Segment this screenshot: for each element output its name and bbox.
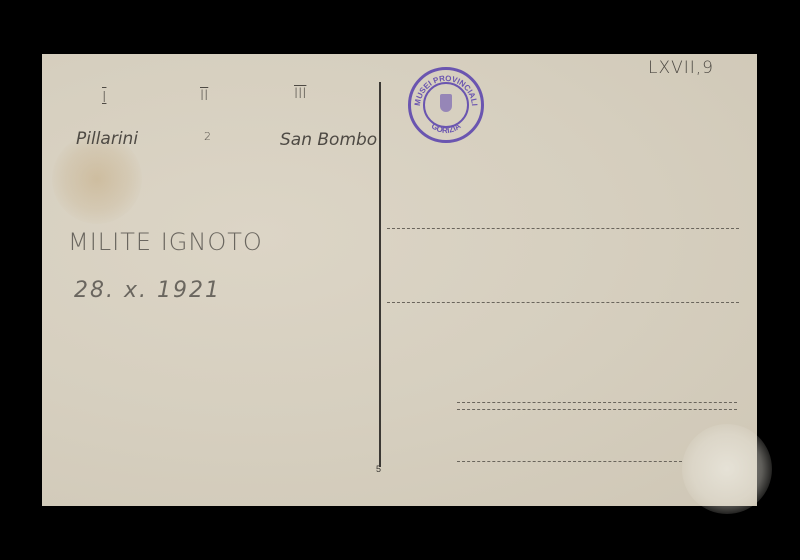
column-numeral-3: III	[294, 86, 306, 102]
column-name-2: 2	[204, 130, 211, 143]
address-line-2	[387, 302, 739, 303]
crest-icon	[440, 94, 452, 112]
address-line-1	[387, 228, 739, 229]
postcard-back: LXVII,9 I II III Pillarini 2 San Bombo M…	[42, 54, 757, 506]
address-line-4	[457, 461, 682, 462]
address-line-3a	[457, 402, 737, 403]
divider-mark: 5	[376, 464, 381, 474]
light-stain	[682, 424, 772, 514]
stamp-inner-ring	[423, 82, 469, 128]
column-numeral-1: I	[102, 88, 106, 106]
column-name-3: San Bombo	[280, 130, 377, 150]
column-name-1: Pillarini	[76, 129, 138, 149]
museum-stamp: MUSEI PROVINCIALI GORIZIA	[408, 67, 484, 143]
center-divider	[379, 82, 381, 467]
column-numeral-2: II	[200, 88, 208, 104]
address-line-3b	[457, 409, 737, 410]
catalog-number: LXVII,9	[648, 58, 714, 78]
date-text: 28. x. 1921	[74, 278, 221, 303]
title-text: MILITE IGNOTO	[68, 228, 263, 256]
